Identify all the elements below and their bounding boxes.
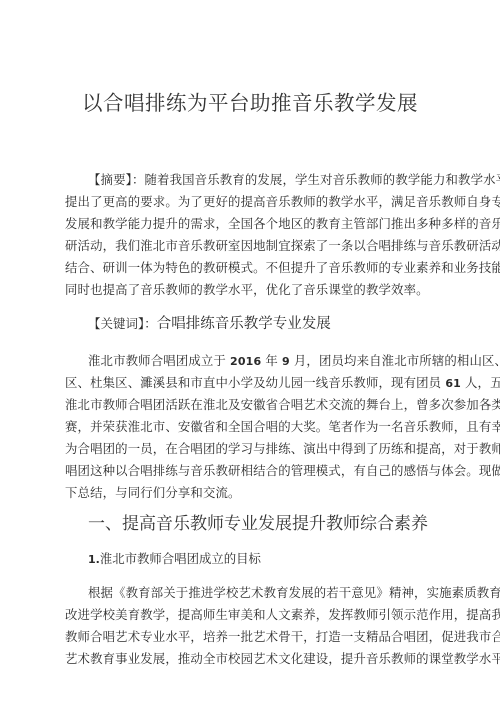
abstract-line-5: 结合、研训一体为特色的教研模式。不但提升了音乐教师的专业素养和业务技能， [65, 260, 442, 276]
abstract-line-4: 研活动，我们淮北市音乐教研室因地制宜探索了一条以合唱排练与音乐教研活动相 [65, 238, 442, 254]
abstract-line-1: 【摘要】：随着我国音乐教育的发展，学生对音乐教师的教学能力和教学水平 [88, 172, 442, 188]
subsection-number: 1. [88, 553, 100, 566]
section-line-3: 教师合唱艺术专业水平，培养一批艺术骨干，打造一支精品合唱团，促进我市合唱 [65, 629, 442, 645]
abstract-line-6: 同时也提高了音乐教师的教学水平，优化了音乐课堂的教学效率。 [65, 282, 429, 298]
founding-month: 9 [282, 355, 290, 368]
intro-line-5: 为合唱团的一员，在合唱团的学习与排练、演出中得到了历练和提高，对于教师合 [65, 441, 442, 457]
intro-line-3: 淮北市教师合唱团活跃在淮北及安徽省合唱艺术交流的舞台上，曾多次参加各类比 [65, 397, 442, 413]
member-count: 61 [445, 377, 461, 390]
section-line-2: 改进学校美育教学，提高师生审美和人文素养，发挥教师引领示范作用，提高我市 [65, 607, 442, 623]
section-heading: 一、提高音乐教师专业发展提升教师综合素养 [88, 513, 428, 535]
founding-year: 2016 [230, 355, 261, 368]
subsection-heading: 1.淮北市教师合唱团成立的目标 [88, 551, 261, 568]
section-line-4: 艺术教育事业发展，推动全市校园艺术文化建设，提升音乐教师的课堂教学水平。 [65, 651, 442, 667]
keywords: 【关键词】：合唱排练音乐教学专业发展 [88, 315, 331, 333]
intro-line-2: 区、杜集区、濉溪县和市直中小学及幼儿园一线音乐教师，现有团员 61 人，五年来 [65, 375, 442, 392]
section-line-1: 根据《教育部关于推进学校艺术教育发展的若干意见》精神，实施素质教育， [88, 585, 442, 601]
abstract-line-3: 发展和教学能力提升的需求，全国各个地区的教育主管部门推出多种多样的音乐教 [65, 216, 442, 232]
abstract-line-2: 提出了更高的要求。为了更好的提高音乐教师的教学水平，满足音乐教师自身专业 [65, 194, 442, 210]
keywords-text: 合唱排练音乐教学专业发展 [157, 316, 331, 332]
intro-line-1: 淮北市教师合唱团成立于 2016 年 9 月，团员均来自淮北市所辖的相山区、烈山 [88, 353, 442, 370]
abstract-label: 【摘要】： [88, 172, 145, 187]
intro-line-6: 唱团这种以合唱排练与音乐教研相结合的管理模式，有自己的感悟与体会。现做如 [65, 463, 442, 479]
keywords-label: 【关键词】： [88, 316, 157, 331]
intro-line-7: 下总结，与同行们分享和交流。 [65, 485, 241, 501]
document-title: 以合唱排练为平台助推音乐教学发展 [0, 91, 500, 115]
intro-line-4: 赛，并荣获淮北市、安徽省和全国合唱的大奖。笔者作为一名音乐教师，且有幸成 [65, 419, 442, 435]
